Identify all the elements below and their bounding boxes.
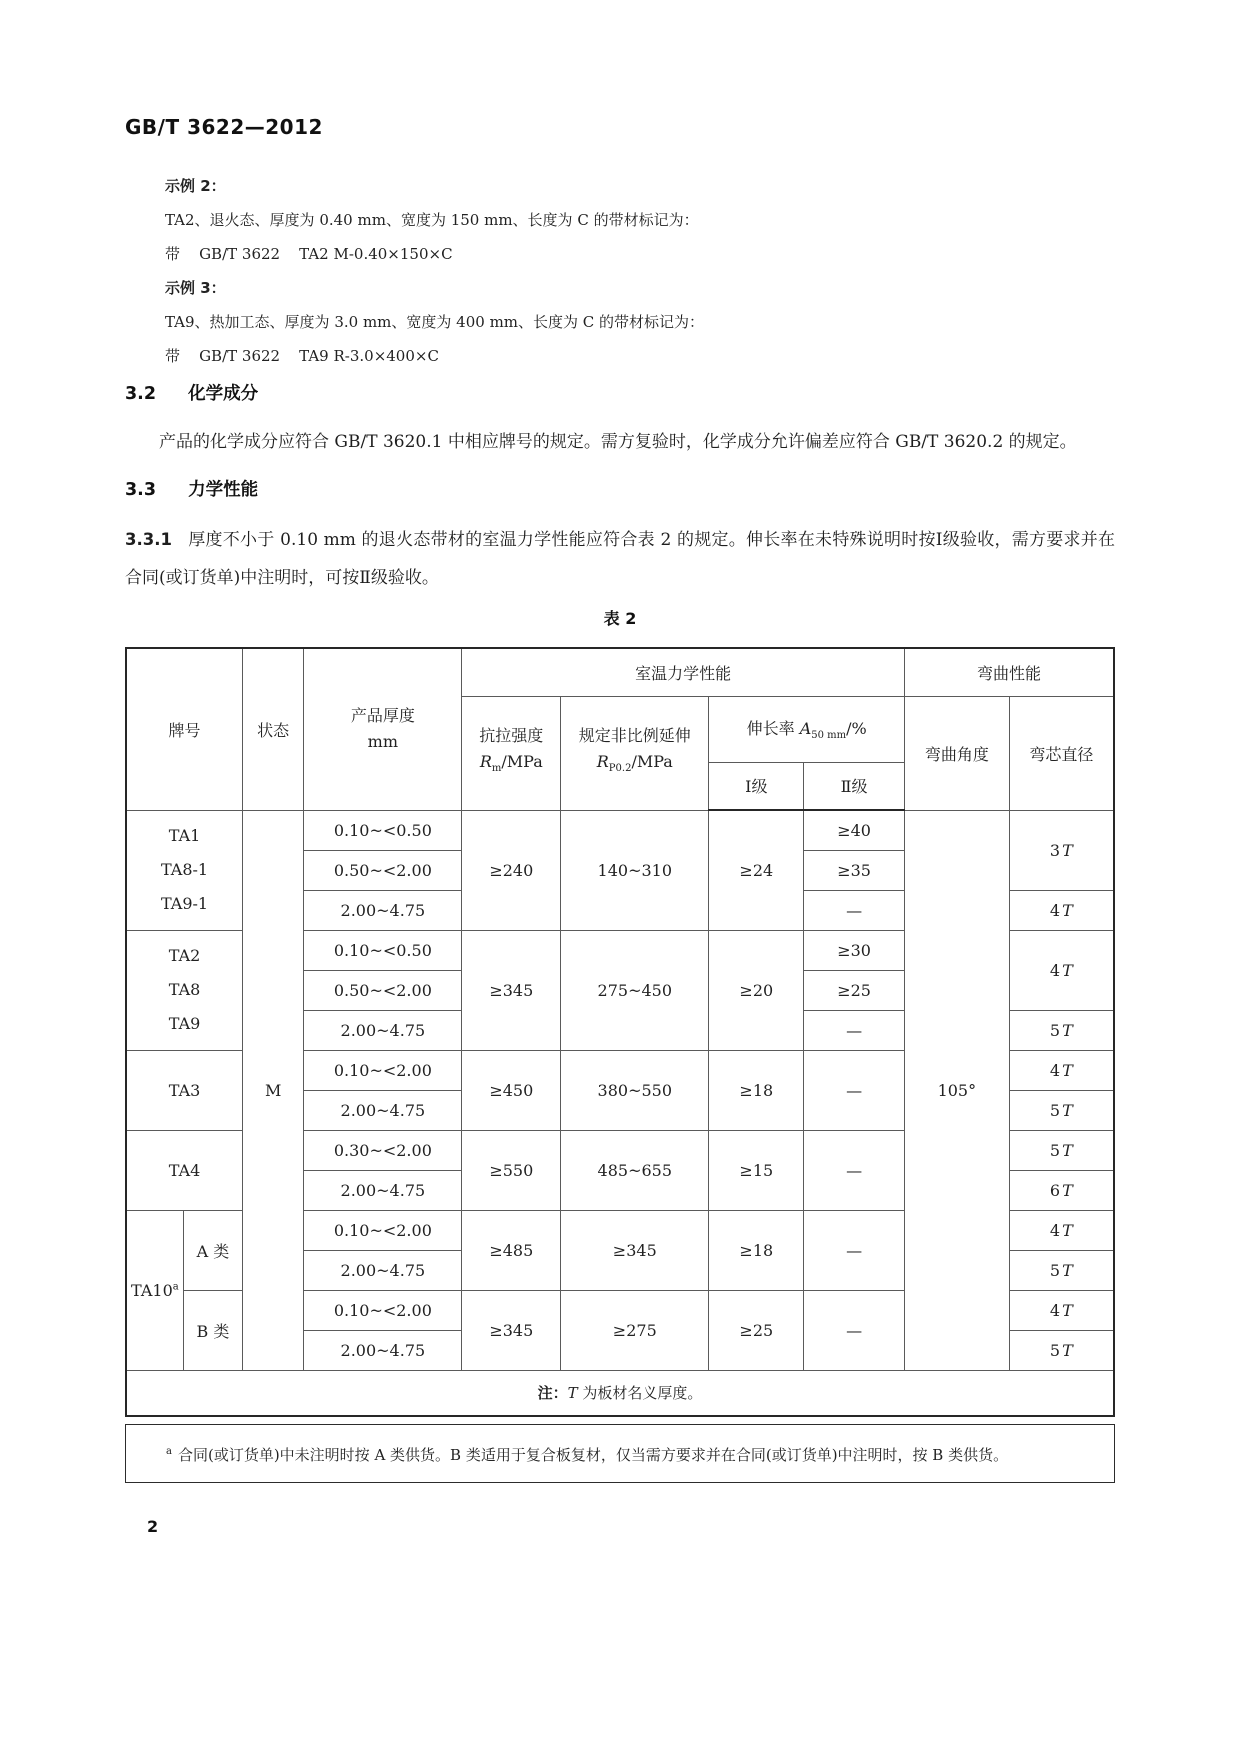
- thickness-cell: 2.00~4.75: [304, 1170, 462, 1210]
- note-cell: 注：T 为板材名义厚度。: [126, 1370, 1114, 1416]
- class1-cell: ≥24: [709, 810, 804, 930]
- tensile-cell: ≥450: [462, 1050, 561, 1130]
- class2-cell: —: [804, 1210, 905, 1290]
- bend-diameter-cell: 4T: [1009, 1050, 1114, 1090]
- clause-number: 3.3.1: [125, 530, 172, 549]
- example-2-label: 示例 2：: [165, 175, 1115, 197]
- header-elongation: 伸长率 A50 mm/%: [709, 696, 905, 762]
- example-2-description: TA2、退火态、厚度为 0.40 mm、宽度为 150 mm、长度为 C 的带材…: [165, 209, 1115, 231]
- class2-cell: —: [804, 1050, 905, 1130]
- tensile-cell: ≥550: [462, 1130, 561, 1210]
- thickness-cell: 2.00~4.75: [304, 1010, 462, 1050]
- section-number-3-2: 3.2: [125, 384, 156, 404]
- example-3-description: TA9、热加工态、厚度为 3.0 mm、宽度为 400 mm、长度为 C 的带材…: [165, 311, 1115, 333]
- class1-cell: ≥25: [709, 1290, 804, 1370]
- bend-diameter-cell: 5T: [1009, 1130, 1114, 1170]
- header-class-1: Ⅰ级: [709, 762, 804, 810]
- example-2-designation: 带 GB/T 3622 TA2 M-0.40×150×C: [165, 243, 1115, 265]
- tensile-cell: ≥345: [462, 1290, 561, 1370]
- thickness-cell: 2.00~4.75: [304, 890, 462, 930]
- footnote-text: 合同(或订货单)中未注明时按 A 类供货。B 类适用于复合板复材，仅当需方要求并…: [178, 1446, 1008, 1464]
- bend-angle-cell: 105°: [904, 810, 1009, 1370]
- tensile-cell: ≥345: [462, 930, 561, 1050]
- document-page: GB/T 3622—2012 示例 2： TA2、退火态、厚度为 0.40 mm…: [0, 0, 1240, 1754]
- tensile-cell: ≥240: [462, 810, 561, 930]
- thickness-cell: 2.00~4.75: [304, 1330, 462, 1370]
- elongation-symbol: A: [800, 719, 812, 738]
- grade-cell: TA1 TA8-1 TA9-1: [126, 810, 243, 930]
- proof-cell: ≥275: [561, 1290, 709, 1370]
- proof-cell: 275~450: [561, 930, 709, 1050]
- bend-diameter-cell: 4T: [1009, 930, 1114, 1010]
- proof-name: 规定非比例延伸: [565, 723, 704, 749]
- class1-cell: ≥15: [709, 1130, 804, 1210]
- section-heading-3-2: 3.2 化学成分: [125, 381, 1115, 407]
- thickness-cell: 2.00~4.75: [304, 1090, 462, 1130]
- thickness-cell: 0.10~<2.00: [304, 1210, 462, 1250]
- thickness-cell: 2.00~4.75: [304, 1250, 462, 1290]
- footnote-box: a合同(或订货单)中未注明时按 A 类供货。B 类适用于复合板复材，仅当需方要求…: [125, 1424, 1115, 1483]
- proof-symbol: RP0.2/MPa: [565, 749, 704, 782]
- grade-cell: TA2 TA8 TA9: [126, 930, 243, 1050]
- bend-diameter-cell: 4T: [1009, 890, 1114, 930]
- class2-cell: —: [804, 1130, 905, 1210]
- header-bend-props: 弯曲性能: [904, 648, 1114, 696]
- thickness-cell: 0.50~<2.00: [304, 970, 462, 1010]
- header-class-2: Ⅱ级: [804, 762, 905, 810]
- header-state: 状态: [243, 648, 304, 810]
- paragraph-3-2: 产品的化学成分应符合 GB/T 3620.1 中相应牌号的规定。需方复验时，化学…: [125, 423, 1115, 461]
- ta10-class-cell: A 类: [183, 1210, 242, 1290]
- header-grade: 牌号: [126, 648, 243, 810]
- bend-diameter-cell: 3T: [1009, 810, 1114, 890]
- thickness-cell: 0.10~<0.50: [304, 930, 462, 970]
- tensile-cell: ≥485: [462, 1210, 561, 1290]
- ta10-class-cell: B 类: [183, 1290, 242, 1370]
- bend-diameter-cell: 4T: [1009, 1210, 1114, 1250]
- page-number: 2: [147, 1517, 1115, 1536]
- header-tensile-strength: 抗拉强度 Rm/MPa: [462, 696, 561, 810]
- thickness-cell: 0.30~<2.00: [304, 1130, 462, 1170]
- elongation-name: 伸长率: [747, 719, 800, 738]
- class2-cell: —: [804, 1290, 905, 1370]
- thickness-cell: 0.10~<2.00: [304, 1050, 462, 1090]
- table-note-row: 注：T 为板材名义厚度。: [126, 1370, 1114, 1416]
- thickness-cell: 0.10~<2.00: [304, 1290, 462, 1330]
- bend-diameter-cell: 5T: [1009, 1330, 1114, 1370]
- proof-cell: 485~655: [561, 1130, 709, 1210]
- header-thickness-line1: 产品厚度: [308, 703, 457, 729]
- grade-cell: TA4: [126, 1130, 243, 1210]
- header-bend-angle: 弯曲角度: [904, 696, 1009, 810]
- header-proof-strength: 规定非比例延伸 RP0.2/MPa: [561, 696, 709, 810]
- bend-diameter-cell: 4T: [1009, 1290, 1114, 1330]
- note-label: 注：: [538, 1384, 568, 1402]
- note-symbol: T: [568, 1384, 578, 1402]
- clause-text: 厚度不小于 0.10 mm 的退火态带材的室温力学性能应符合表 2 的规定。伸长…: [125, 530, 1115, 588]
- tensile-symbol: Rm/MPa: [466, 749, 556, 782]
- bend-diameter-cell: 5T: [1009, 1010, 1114, 1050]
- section-title-3-3: 力学性能: [188, 480, 258, 500]
- proof-cell: 140~310: [561, 810, 709, 930]
- table-caption: 表 2: [125, 607, 1115, 631]
- section-heading-3-3: 3.3 力学性能: [125, 477, 1115, 503]
- section-number-3-3: 3.3: [125, 480, 156, 500]
- proof-cell: 380~550: [561, 1050, 709, 1130]
- class2-cell: ≥25: [804, 970, 905, 1010]
- header-thickness-line2: mm: [308, 729, 457, 755]
- ta10-footnote-marker: a: [173, 1281, 179, 1292]
- bend-diameter-cell: 5T: [1009, 1090, 1114, 1130]
- example-3-label: 示例 3：: [165, 277, 1115, 299]
- ta10-cell: TA10a: [126, 1210, 183, 1370]
- proof-cell: ≥345: [561, 1210, 709, 1290]
- note-text: 为板材名义厚度。: [578, 1384, 703, 1402]
- class1-cell: ≥18: [709, 1050, 804, 1130]
- header-bend-diameter: 弯芯直径: [1009, 696, 1114, 810]
- class1-cell: ≥20: [709, 930, 804, 1050]
- header-thickness: 产品厚度 mm: [304, 648, 462, 810]
- thickness-cell: 0.10~<0.50: [304, 810, 462, 850]
- header-room-temp-props: 室温力学性能: [462, 648, 905, 696]
- class2-cell: ≥40: [804, 810, 905, 850]
- class2-cell: —: [804, 1010, 905, 1050]
- class2-cell: ≥30: [804, 930, 905, 970]
- example-3-designation: 带 GB/T 3622 TA9 R-3.0×400×C: [165, 345, 1115, 367]
- class2-cell: —: [804, 890, 905, 930]
- grade-cell: TA3: [126, 1050, 243, 1130]
- bend-diameter-cell: 6T: [1009, 1170, 1114, 1210]
- bend-diameter-cell: 5T: [1009, 1250, 1114, 1290]
- mech-properties-table: 牌号 状态 产品厚度 mm 室温力学性能 弯曲性能 抗拉强度 Rm/MPa 规定…: [125, 647, 1115, 1417]
- doc-number: GB/T 3622—2012: [125, 115, 1115, 139]
- section-title-3-2: 化学成分: [188, 384, 258, 404]
- footnote-marker: a: [166, 1446, 172, 1457]
- tensile-name: 抗拉强度: [466, 723, 556, 749]
- clause-3-3-1: 3.3.1厚度不小于 0.10 mm 的退火态带材的室温力学性能应符合表 2 的…: [125, 521, 1115, 597]
- class2-cell: ≥35: [804, 850, 905, 890]
- thickness-cell: 0.50~<2.00: [304, 850, 462, 890]
- state-cell: M: [243, 810, 304, 1370]
- examples-block: 示例 2： TA2、退火态、厚度为 0.40 mm、宽度为 150 mm、长度为…: [165, 175, 1115, 367]
- class1-cell: ≥18: [709, 1210, 804, 1290]
